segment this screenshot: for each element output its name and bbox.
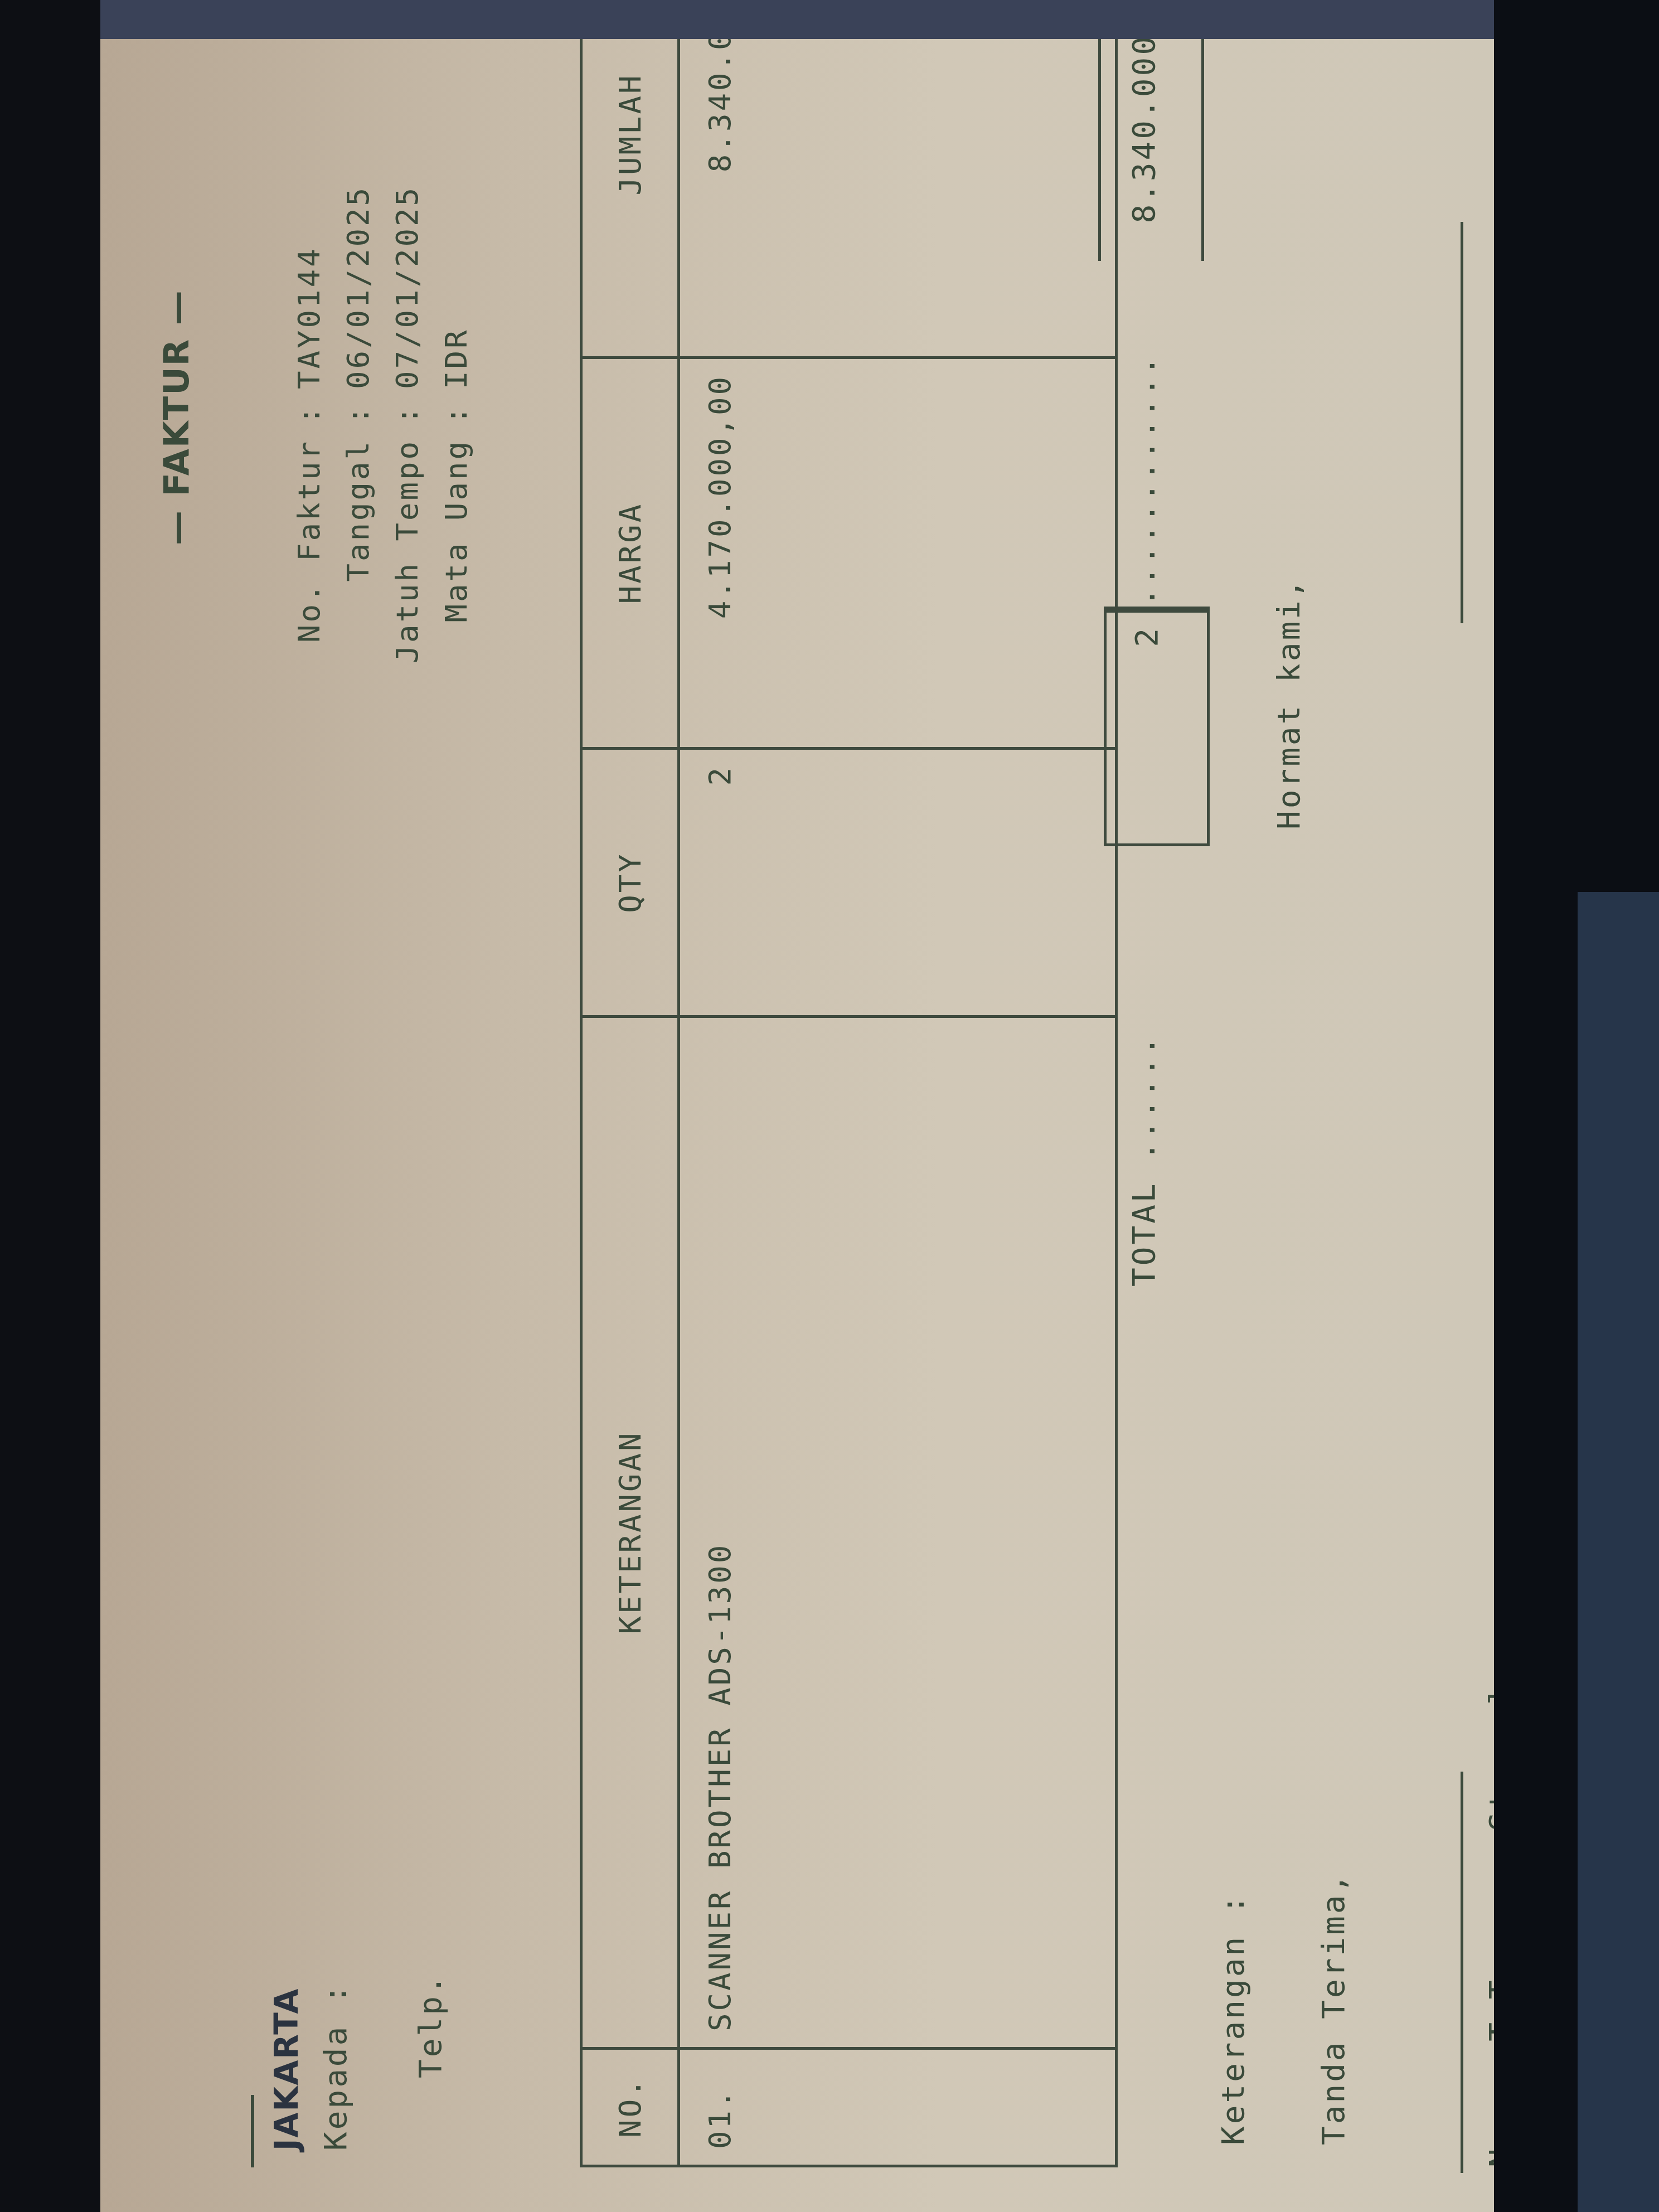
meta-label: Tanggal: [341, 439, 376, 751]
meta-row-tanggal: Tanggal : 06/01/2025: [333, 186, 382, 751]
cell-no: 01.: [679, 2049, 1117, 2166]
kepada-label: Kepada :: [318, 1982, 354, 2151]
table-row: 01. SCANNER BROTHER ADS-1300 2 4.170.000…: [679, 39, 1117, 2166]
meta-separator: :: [341, 389, 376, 439]
meta-separator: :: [390, 389, 425, 439]
items-table: NO. KETERANGAN QTY HARGA JUMLAH 01. SCAN…: [580, 39, 1118, 2167]
company-rule: [251, 2095, 254, 2167]
meta-label: Jatuh Tempo: [390, 439, 425, 751]
meta-value: 06/01/2025: [341, 186, 376, 389]
meta-value: TAY0144: [292, 246, 327, 389]
keterangan-label: Keterangan :: [1215, 1893, 1251, 2145]
cell-harga: 4.170.000,00: [679, 358, 1117, 749]
invoice-title: — FAKTUR —: [156, 289, 197, 545]
background-top: [0, 0, 1659, 39]
tanda-terima-label: Tanda Terima,: [1316, 1872, 1352, 2145]
meta-row-mata-uang: Mata Uang : IDR: [431, 186, 481, 751]
total-jumlah: 8.340.000,00: [1126, 39, 1162, 224]
meta-separator: :: [439, 389, 474, 439]
meta-row-no-faktur: No. Faktur : TAY0144: [284, 186, 333, 751]
meta-separator: :: [292, 389, 327, 439]
invoice-page: JAKARTA Kepada : Telp. — FAKTUR — No. Fa…: [100, 39, 1494, 2212]
cell-keterangan: SCANNER BROTHER ADS-1300: [679, 1017, 1117, 2049]
signature-caption: Nama, T.Tangan, Stempel: [1483, 1684, 1494, 2167]
hormat-kami-label: Hormat kami,: [1271, 577, 1307, 829]
invoice-meta: No. Faktur : TAY0144 Tanggal : 06/01/202…: [284, 186, 481, 751]
meta-value: 07/01/2025: [390, 186, 425, 389]
background-left: [0, 0, 100, 2212]
meta-label: No. Faktur: [292, 439, 327, 751]
signature-line-receiver: [1461, 1772, 1463, 2173]
telp-label: Telp.: [413, 1973, 449, 2078]
header-qty: QTY: [581, 749, 679, 1017]
meta-row-jatuh-tempo: Jatuh Tempo : 07/01/2025: [382, 186, 431, 751]
total-jumlah-box: 8.340.000,00: [1098, 39, 1204, 261]
meta-value: IDR: [439, 328, 474, 389]
header-keterangan: KETERANGAN: [581, 1017, 679, 2049]
total-dots: ............: [1126, 354, 1162, 607]
cell-jumlah: 8.340.000,00: [679, 39, 1117, 358]
signature-line-sender: [1461, 222, 1463, 623]
total-qty: 2: [1129, 626, 1165, 647]
header-jumlah: JUMLAH: [581, 39, 679, 358]
total-qty-box: 2: [1104, 607, 1210, 846]
header-no: NO.: [581, 2049, 679, 2166]
company-city: JAKARTA: [268, 1988, 305, 2151]
meta-label: Mata Uang: [439, 439, 474, 751]
total-label: TOTAL ......: [1126, 1034, 1162, 1287]
table-header-row: NO. KETERANGAN QTY HARGA JUMLAH: [581, 39, 679, 2166]
header-harga: HARGA: [581, 358, 679, 749]
cell-qty: 2: [679, 749, 1117, 1017]
invoice-paper: JAKARTA Kepada : Telp. — FAKTUR — No. Fa…: [100, 39, 1494, 2212]
background-right-fabric: [1578, 892, 1659, 2212]
